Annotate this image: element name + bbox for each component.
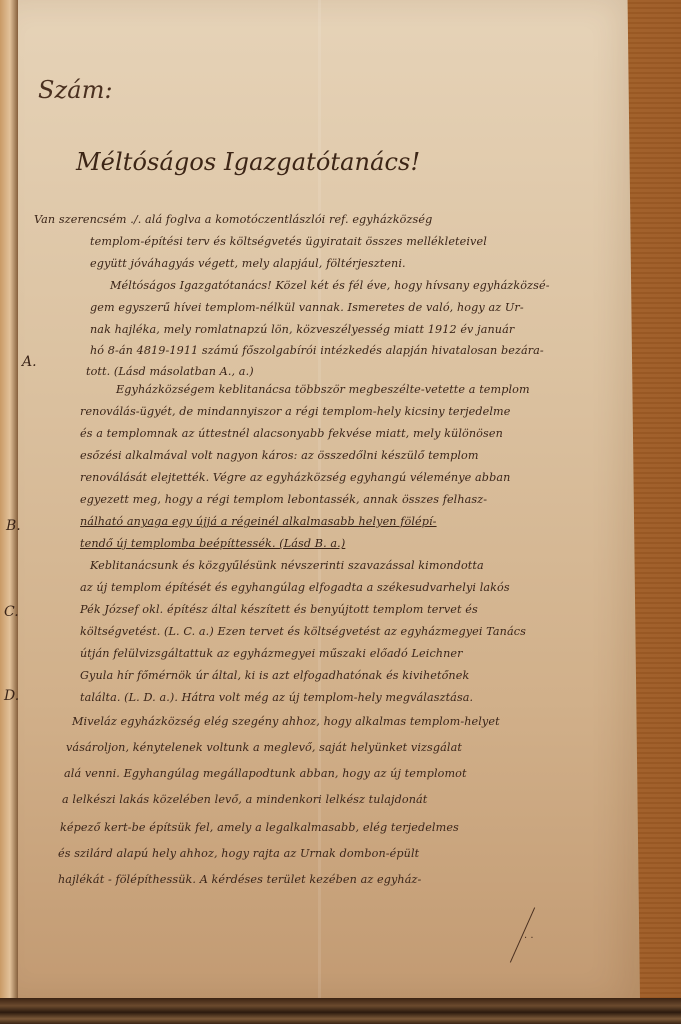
salutation-heading: Méltóságos Igazgatótanács! [76,148,420,176]
text-line-underlined: nálható anyaga egy újjá a régeinél alkal… [80,516,437,527]
margin-marker-c: C. [4,604,19,620]
text-line: egyezett meg, hogy a régi templom lebont… [80,494,487,505]
number-label: Szám: [38,76,113,104]
text-line: költségvetést. (L. C. a.) Ezen tervet és… [80,626,526,637]
text-line: a lelkészi lakás közelében levő, a minde… [62,794,427,805]
text-line: Gyula hír főmérnök úr által, ki is azt e… [80,670,469,681]
text-line: Keblitanácsunk és közgyűlésünk névszerin… [90,560,484,571]
text-line: renoválás-ügyét, de mindannyiszor a régi… [80,406,510,417]
text-line: együtt jóváhagyás végett, mely alapjául,… [90,258,406,269]
text-line: útján felülvizsgáltattuk az egyházmegyei… [80,648,463,659]
text-line: renoválását elejtették. Végre az egyházk… [80,472,510,483]
text-line: Pék József okl. építész által készített … [80,604,478,615]
text-line-underlined: tendő új templomba beépíttessék. (Lásd B… [80,538,345,549]
text-line: hajlékát - fölépíthessük. A kérdéses ter… [58,874,421,885]
text-line: képező kert-be építsük fel, amely a lega… [60,822,459,833]
text-line: Méltóságos Igazgatótanács! Közel két és … [110,280,550,291]
margin-marker-d: D. [4,688,19,704]
text-line: és a templomnak az úttestnél alacsonyabb… [80,428,503,439]
text-line: nak hajléka, mely romlatnapzú lön, közve… [90,324,514,335]
page-stack-edge [0,998,681,1024]
text-line: alá venni. Egyhangúlag megállapodtunk ab… [64,768,467,779]
text-line: találta. (L. D. a.). Hátra volt még az ú… [80,692,473,703]
text-line: az új templom építését és egyhangúlag el… [80,582,510,593]
text-line: Van szerencsém ./. alá foglva a komotócz… [34,214,432,225]
text-line: Egyházközségem keblitanácsa többször meg… [116,384,530,395]
margin-marker-a: A. [22,354,37,370]
text-line: vásároljon, kénytelenek voltunk a meglev… [66,742,462,753]
text-line: gem egyszerű hívei templom-nélkül vannak… [90,302,524,313]
text-line: esőzési alkalmával volt nagyon káros: az… [80,450,479,461]
text-line: templom-építési terv és költségvetés ügy… [90,236,487,247]
text-line: és szilárd alapú hely ahhoz, hogy rajta … [58,848,419,859]
text-line: tott. (Lásd másolatban A., a.) [86,366,254,377]
text-line: hó 8-án 4819-1911 számú főszolgabírói in… [90,345,544,356]
continuation-mark: . . [524,930,534,941]
margin-marker-b: B. [6,518,21,534]
text-line: Miveláz egyházközség elég szegény ahhoz,… [72,716,500,727]
